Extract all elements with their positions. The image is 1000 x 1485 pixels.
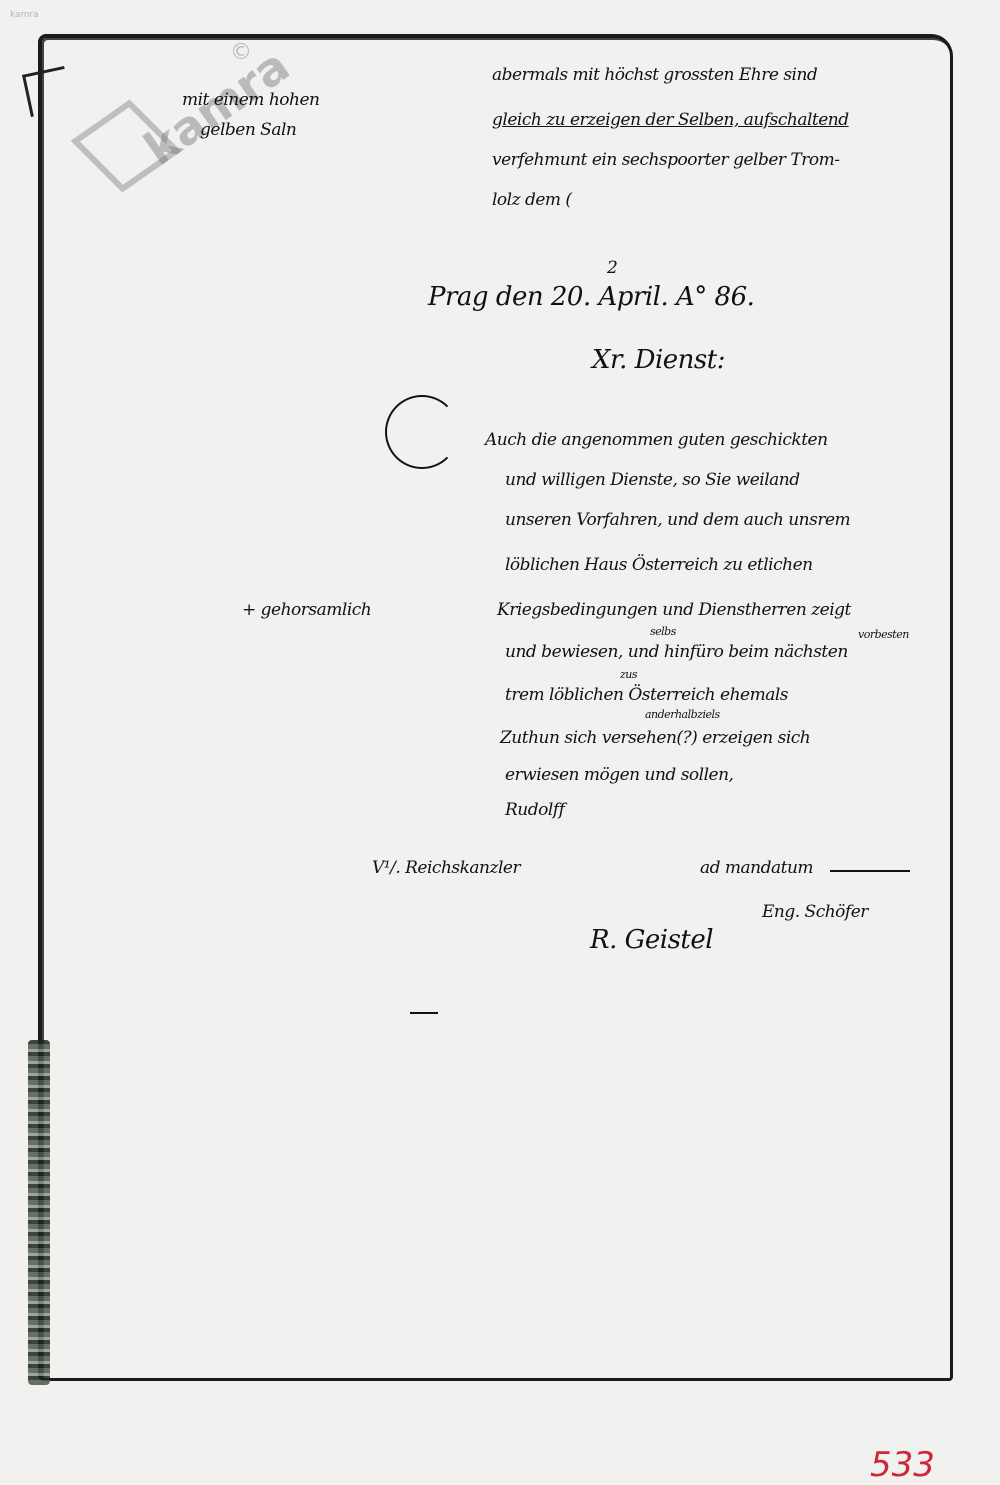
date-line: Prag den 20. April. A° 86. [428, 282, 754, 312]
body-line: trem löblichen Österreich ehemals [505, 685, 788, 705]
page-border [38, 34, 953, 1381]
top-paragraph-line: abermals mit höchst grossten Ehre sind [492, 65, 817, 85]
folio-mark: 2 [607, 258, 617, 278]
margin-note-middle: + gehorsamlich [242, 600, 371, 620]
body-line: löblichen Haus Österreich zu etlichen [505, 555, 813, 575]
opening-bracket [385, 395, 459, 469]
watermark-small-logo: kamra [10, 10, 39, 20]
top-paragraph-line: verfehmunt ein sechspoorter gelber Trom- [492, 150, 840, 170]
stray-mark [410, 1012, 438, 1014]
body-line: Auch die angenommen guten geschickten [485, 430, 828, 450]
countersign-title: Eng. Schöfer [762, 902, 868, 922]
interlinear-note: vorbesten [858, 628, 909, 641]
salutation: Xr. Dienst: [592, 345, 725, 375]
body-line: Zuthun sich versehen(?) erzeigen sich [500, 728, 810, 748]
footer-rule [830, 870, 910, 872]
margin-note-top-line1: mit einem hohen [182, 90, 319, 110]
interlinear-note: anderhalbziels [645, 708, 720, 721]
closing-signature: Rudolff [505, 800, 564, 820]
corner-fold [22, 66, 73, 117]
countersign: R. Geistel [590, 925, 713, 955]
footer-right: ad mandatum [700, 858, 813, 878]
page-number-stamp: 533 [870, 1445, 935, 1485]
margin-note-top-line2: gelben Saln [200, 120, 296, 140]
body-line: und bewiesen, und hinfüro beim nächsten [505, 642, 848, 662]
body-line: und willigen Dienste, so Sie weiland [505, 470, 800, 490]
interlinear-note: selbs [650, 625, 676, 638]
interlinear-note: zus [620, 668, 637, 681]
top-paragraph-line: gleich zu erzeigen der Selben, aufschalt… [492, 110, 849, 130]
body-line: Kriegsbedingungen und Dienstherren zeigt [497, 600, 851, 620]
footer-left: V¹/. Reichskanzler [372, 858, 520, 878]
top-paragraph-line: lolz dem ( [492, 190, 572, 210]
body-line: unseren Vorfahren, und dem auch unsrem [505, 510, 850, 530]
body-line: erwiesen mögen und sollen, [505, 765, 733, 785]
torn-left-edge [28, 1040, 50, 1385]
